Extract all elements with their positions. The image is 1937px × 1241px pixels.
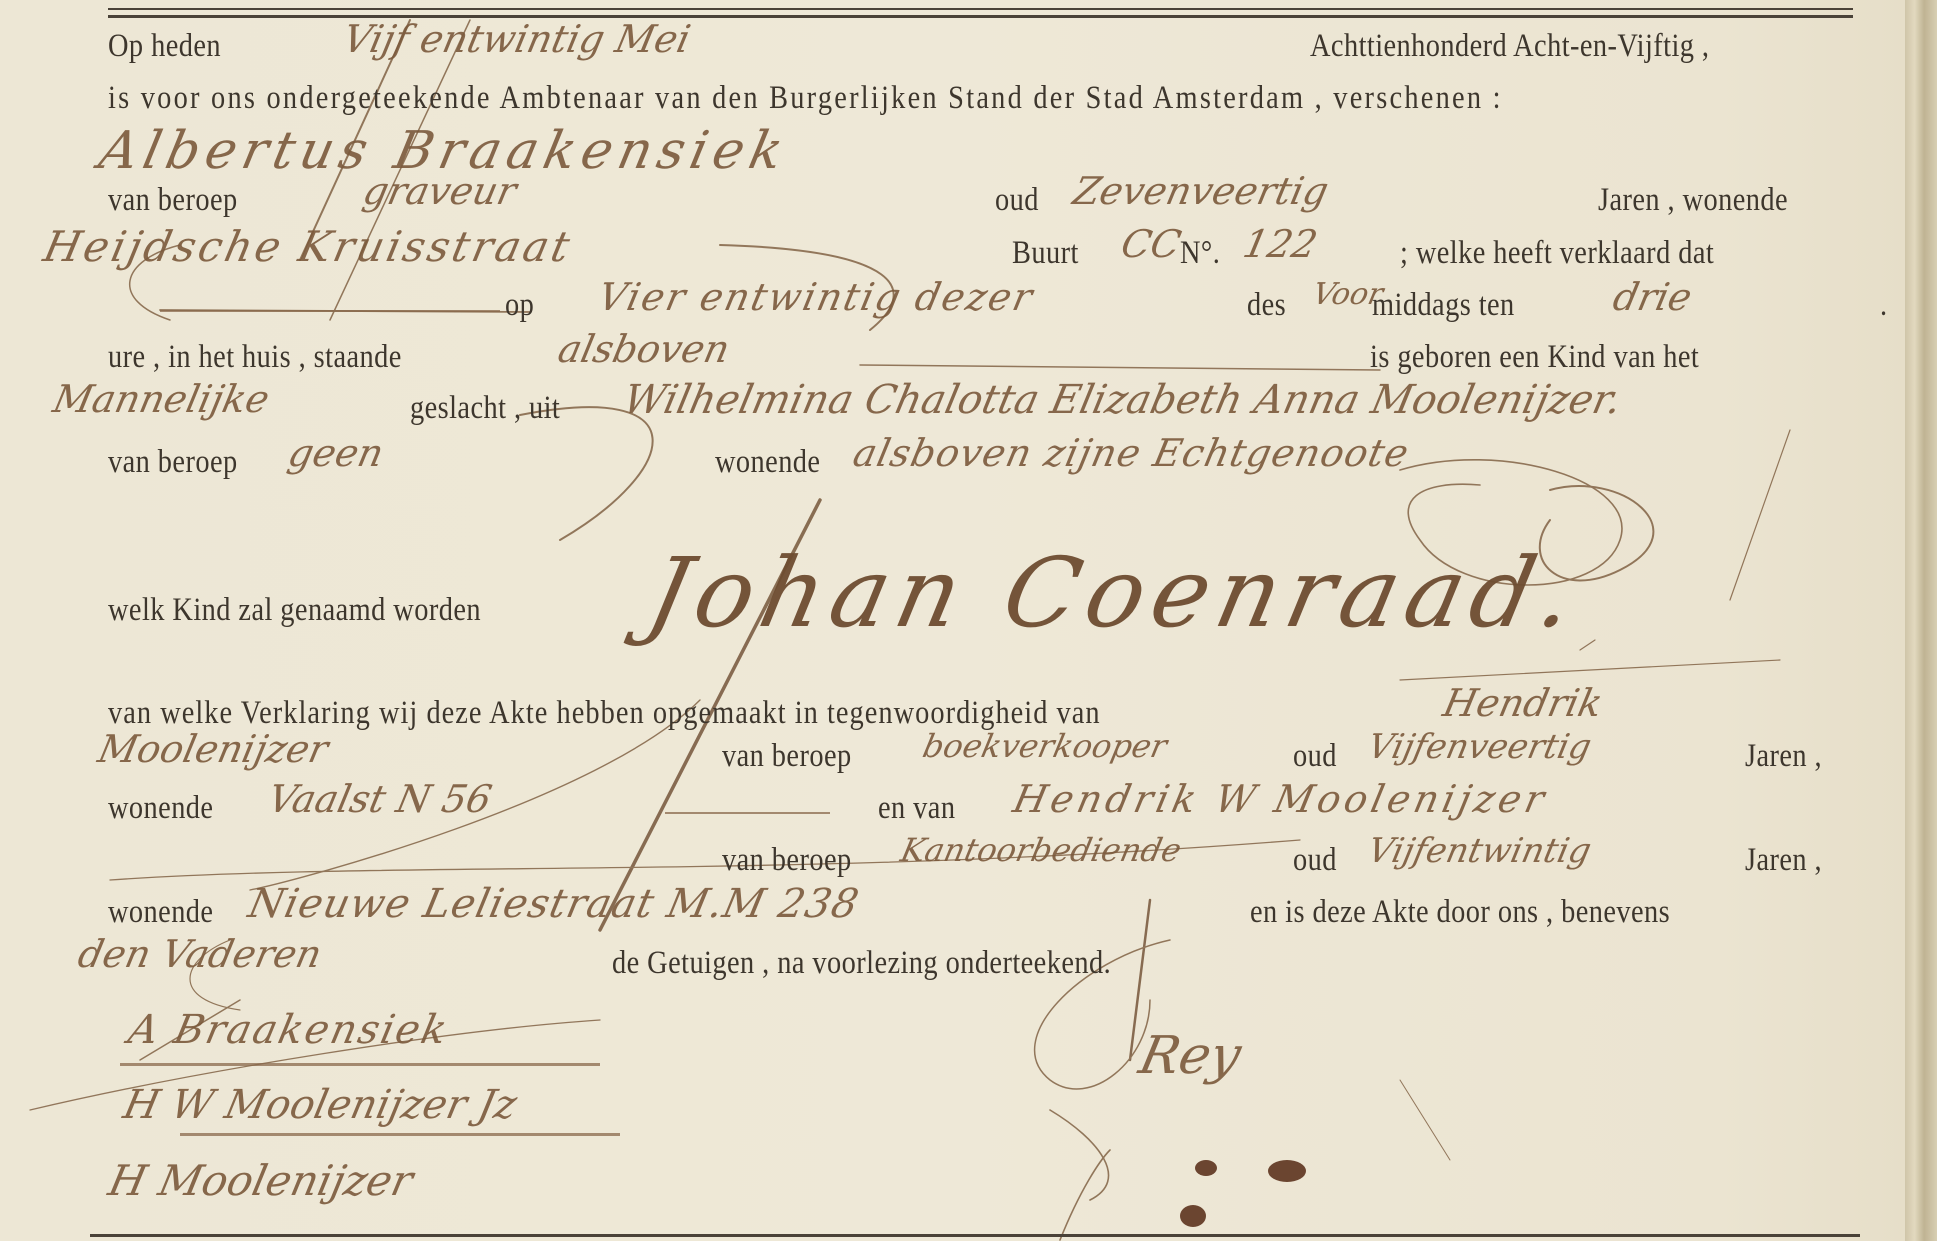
print-des: des	[1247, 289, 1286, 322]
print-ure-huis: ure , in het huis , staande	[108, 341, 402, 374]
print-dot: .	[1880, 289, 1888, 322]
signature-father: A Braakensiek	[125, 1010, 452, 1050]
hand-witness1-age: Vijfenveertig	[1365, 730, 1594, 764]
top-rule-thin	[108, 8, 1853, 10]
print-van-beroep-3: van beroep	[722, 740, 852, 773]
hand-occupation-mother: geen	[285, 434, 387, 472]
hand-mother-name: Wilhelmina Chalotta Elizabeth Anna Moole…	[620, 380, 1625, 420]
bottom-rule	[90, 1234, 1860, 1237]
print-geboren: is geboren een Kind van het	[1370, 341, 1699, 374]
print-onderteekend: de Getuigen , na voorlezing onderteekend…	[612, 947, 1111, 980]
print-buurt: Buurt	[1012, 237, 1079, 270]
print-van-beroep-2: van beroep	[108, 446, 238, 479]
hand-witness2-residence: Nieuwe Leliestraat M.M 238	[245, 884, 863, 924]
hand-witness1-occupation: boekverkooper	[920, 730, 1170, 762]
hand-witness2-occupation: Kantoorbediende	[898, 834, 1184, 866]
hand-witness2-age: Vijfentwintig	[1365, 834, 1594, 868]
ink-blot-2	[1268, 1160, 1306, 1182]
print-wonende-w2: wonende	[108, 896, 213, 929]
print-year: Achttienhonderd Acht-en-Vijftig ,	[1310, 30, 1709, 63]
print-oud-3: oud	[1293, 844, 1337, 877]
hand-witness1-first: Hendrik	[1440, 684, 1606, 722]
print-verklaard: ; welke heeft verklaard dat	[1400, 237, 1714, 270]
print-van-beroep-4: van beroep	[722, 844, 852, 877]
hand-fill-line-1	[160, 310, 500, 312]
hand-house-location: alsboven	[555, 330, 733, 368]
print-intro: is voor ons ondergeteekende Ambtenaar va…	[108, 82, 1503, 115]
print-oud-1: oud	[995, 184, 1039, 217]
hand-buurt: CC	[1118, 225, 1184, 263]
hand-gender: Mannelijke	[50, 380, 273, 418]
print-op: op	[505, 289, 534, 322]
hand-fill-line-2	[665, 812, 830, 814]
print-verklaring: van welke Verklaring wij deze Akte hebbe…	[108, 697, 1101, 730]
signature-underline-1	[120, 1063, 600, 1066]
hand-witness1-residence: Vaalst N 56	[265, 780, 495, 818]
print-wonende-w1: wonende	[108, 792, 213, 825]
hand-birth-date: Vier entwintig dezer	[595, 278, 1037, 316]
hand-date: Vijf entwintig Mei	[340, 20, 694, 58]
hand-age-father: Zevenveertig	[1070, 172, 1332, 210]
print-op-heden: Op heden	[108, 30, 221, 63]
book-binding	[1905, 0, 1937, 1241]
ink-blot-3	[1180, 1205, 1206, 1227]
hand-house-number: 122	[1240, 225, 1321, 263]
print-number-label: N°.	[1180, 237, 1220, 270]
hand-witness1-last: Moolenijzer	[95, 730, 331, 768]
print-middags: middags ten	[1372, 289, 1515, 322]
signature-witness1: H Moolenijzer	[105, 1160, 416, 1202]
print-jaren-wonende: Jaren , wonende	[1598, 184, 1788, 217]
print-wonende-mother: wonende	[715, 446, 820, 479]
hand-child-name: Johan Coenraad.	[640, 545, 1590, 641]
hand-hour: drie	[1610, 278, 1695, 316]
hand-occupation-father: graveur	[360, 172, 520, 210]
hand-mother-residence: alsboven zijne Echtgenoote	[850, 434, 1413, 472]
print-en-van: en van	[878, 792, 955, 825]
ink-blot-1	[1195, 1160, 1217, 1176]
signature-underline-2	[180, 1133, 620, 1136]
print-genaamd: welk Kind zal genaamd worden	[108, 594, 481, 627]
print-jaren-1: Jaren ,	[1745, 740, 1822, 773]
print-jaren-2: Jaren ,	[1745, 844, 1822, 877]
print-akte-door-ons: en is deze Akte door ons , benevens	[1250, 896, 1670, 929]
document-page: Op heden Vijf entwintig Mei Achttienhond…	[0, 0, 1912, 1241]
print-van-beroep-1: van beroep	[108, 184, 238, 217]
signature-witness2: H W Moolenijzer Jz	[120, 1085, 520, 1125]
signature-official: Rey	[1135, 1030, 1245, 1082]
hand-witness2-name: Hendrik W Moolenijzer	[1010, 780, 1551, 818]
print-oud-2: oud	[1293, 740, 1337, 773]
hand-street-father: Heijdsche Kruisstraat	[40, 226, 576, 268]
hand-den-vaderen: den Vaderen	[75, 935, 325, 973]
print-geslacht-uit: geslacht , uit	[410, 392, 560, 425]
